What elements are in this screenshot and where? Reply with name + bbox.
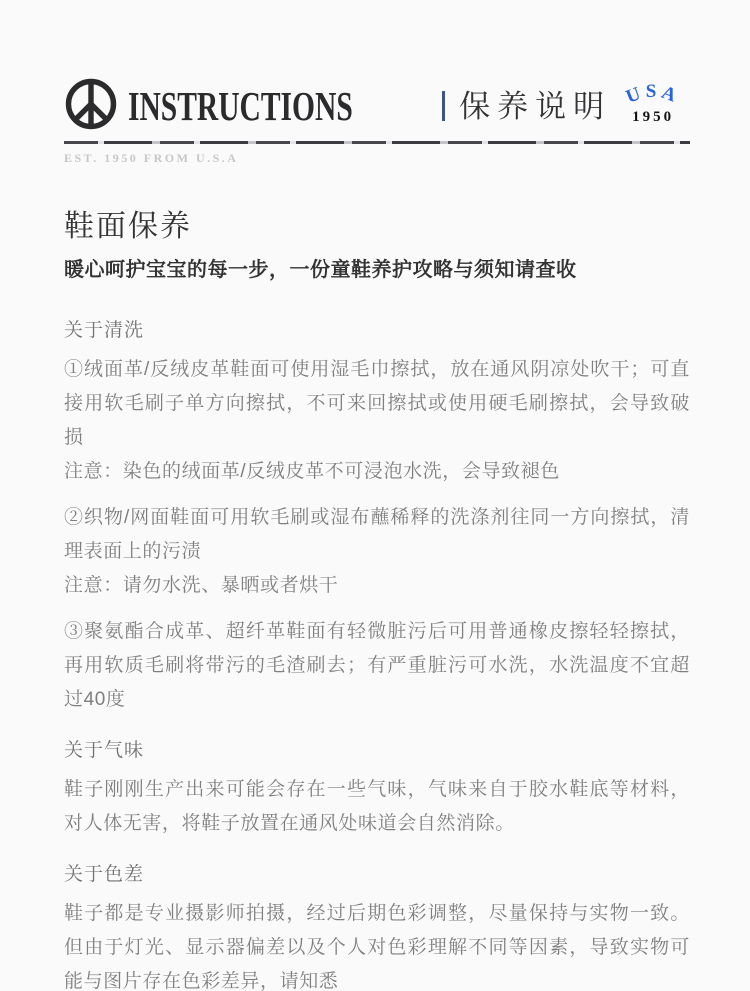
color-difference-paragraph: 鞋子都是专业摄影师拍摄，经过后期色彩调整，尽量保持与实物一致。但由于灯光、显示器…	[64, 897, 690, 991]
est-tagline: EST. 1950 FROM U.S.A	[64, 151, 690, 165]
section-cleaning-2: ②织物/网面鞋面可用软毛刷或湿布蘸稀释的洗涤剂往同一方向擦拭，清理表面上的污渍 …	[64, 501, 690, 603]
brand-wordmark: INSTRUCTIONS	[128, 86, 353, 127]
cleaning-note-2: 注意：请勿水洗、暴晒或者烘干	[64, 569, 690, 603]
section-title-cleaning: 关于清洗	[64, 319, 690, 343]
section-title-color-difference: 关于色差	[64, 863, 690, 887]
section-cleaning: 关于清洗 ①绒面革/反绒皮革鞋面可使用湿毛巾擦拭，放在通风阴凉处吹干；可直接用软…	[64, 319, 690, 489]
cleaning-paragraph-2: ②织物/网面鞋面可用软毛刷或湿布蘸稀释的洗涤剂往同一方向擦拭，清理表面上的污渍	[64, 501, 690, 569]
page-title: 保养说明	[459, 91, 611, 122]
subtitle: 暖心呵护宝宝的每一步，一份童鞋养护攻略与须知请查收	[64, 257, 690, 283]
cleaning-paragraph-3: ③聚氨酯合成革、超纤革鞋面有轻微脏污后可用普通橡皮擦轻轻擦拭，再用软质毛刷将带污…	[64, 615, 690, 717]
header: INSTRUCTIONS 保养说明 USA 1950	[64, 78, 690, 134]
section-heading-shoe-upper-care: 鞋面保养	[64, 209, 690, 245]
usa-1950-badge: USA 1950	[611, 83, 695, 126]
section-cleaning-3: ③聚氨酯合成革、超纤革鞋面有轻微脏污后可用普通橡皮擦轻轻擦拭，再用软质毛刷将带污…	[64, 615, 690, 717]
badge-year: 1950	[632, 109, 674, 126]
header-divider-bar	[442, 91, 445, 121]
odor-paragraph: 鞋子刚刚生产出来可能会存在一些气味，气味来自于胶水鞋底等材料，对人体无害，将鞋子…	[64, 773, 690, 841]
distressed-rule	[64, 141, 690, 144]
section-color-difference: 关于色差 鞋子都是专业摄影师拍摄，经过后期色彩调整，尽量保持与实物一致。但由于灯…	[64, 863, 690, 991]
section-odor: 关于气味 鞋子刚刚生产出来可能会存在一些气味，气味来自于胶水鞋底等材料，对人体无…	[64, 739, 690, 841]
peace-sign-icon	[64, 77, 118, 136]
cleaning-note-1: 注意：染色的绒面革/反绒皮革不可浸泡水洗，会导致褪色	[64, 455, 690, 489]
care-instructions-page: INSTRUCTIONS 保养说明 USA 1950 EST. 1950 FRO…	[0, 0, 750, 991]
section-title-odor: 关于气味	[64, 739, 690, 763]
cleaning-paragraph-1: ①绒面革/反绒皮革鞋面可使用湿毛巾擦拭，放在通风阴凉处吹干；可直接用软毛刷子单方…	[64, 353, 690, 455]
brand-text: INSTRUCTIONS	[128, 83, 353, 129]
svg-text:USA: USA	[623, 83, 683, 108]
